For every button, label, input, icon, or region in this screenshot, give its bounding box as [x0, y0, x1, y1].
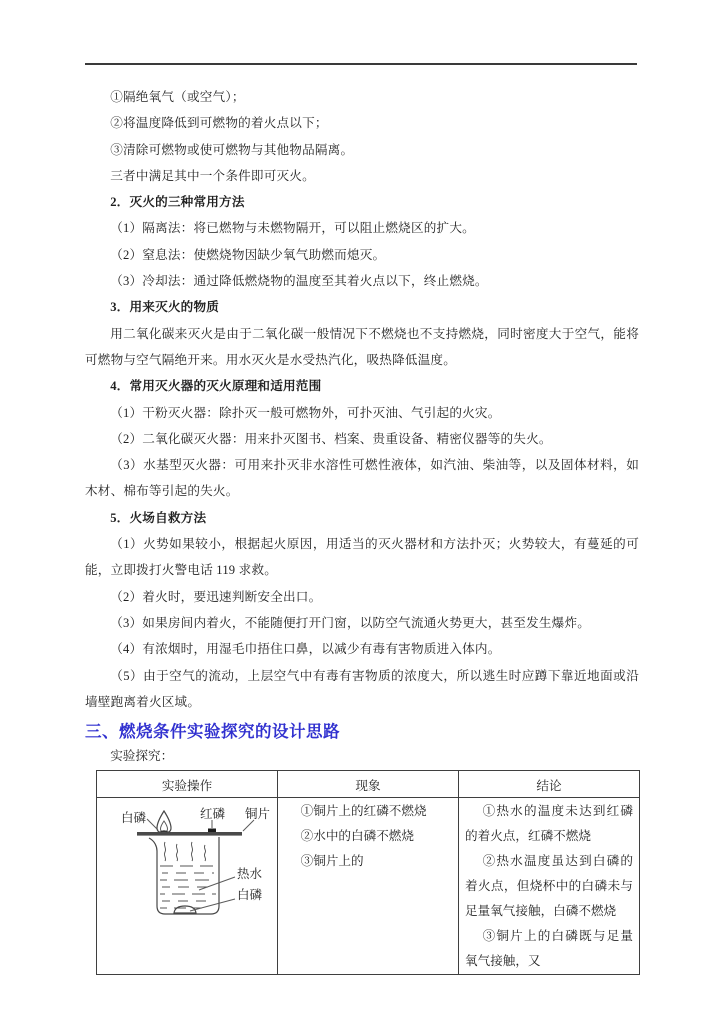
document-content: ①隔绝氧气（或空气）；②将温度降低到可燃物的着火点以下；③清除可燃物或使可燃物与…	[85, 84, 639, 975]
paragraph: ②将温度降低到可燃物的着火点以下；	[85, 110, 639, 136]
leader-hot-water	[199, 877, 235, 890]
paragraph: （2）着火时，要迅速判断安全出口。	[85, 584, 639, 610]
beaker-outline	[149, 837, 219, 914]
paragraph: ①隔绝氧气（或空气）；	[85, 84, 639, 110]
experiment-diagram-cell: 白磷 红磷 铜片	[97, 798, 278, 975]
section-heading: 三、燃烧条件实验探究的设计思路	[85, 719, 639, 744]
table-body-row: 白磷 红磷 铜片	[97, 798, 640, 975]
red-phosphorus-dot	[208, 829, 216, 833]
leader-white-phosphorus-top	[147, 819, 158, 830]
sub-heading: 5．火场自救方法	[85, 505, 639, 531]
header-operation: 实验操作	[97, 771, 278, 798]
sub-heading: 4．常用灭火器的灭火原理和适用范围	[85, 373, 639, 399]
vapor-line	[191, 842, 192, 861]
paragraph: 用二氧化碳来灭火是由于二氧化碳一般情况下不燃烧也不支持燃烧，同时密度大于空气，能…	[85, 321, 639, 374]
sub-heading: 2．灭火的三种常用方法	[85, 189, 639, 215]
vapor-line	[204, 845, 205, 861]
table-cell-item: ①铜片上的红磷不燃烧	[283, 799, 453, 824]
paragraph: （2）窒息法：使燃烧物因缺少氧气助燃而熄灭。	[85, 242, 639, 268]
table-cell-item: ①热水的温度未达到红磷的着火点，红磷不燃烧	[465, 799, 633, 849]
paragraph: （2）二氧化碳灭火器：用来扑灭图书、档案、贵重设备、精密仪器等的失火。	[85, 426, 639, 452]
experiment-apparatus-diagram: 白磷 红磷 铜片	[97, 798, 281, 923]
document-page: { "accent_color": "#3030cf", "document":…	[0, 0, 720, 1019]
paragraph: （3）冷却法：通过降低燃烧物的温度至其着火点以下，终止燃烧。	[85, 268, 639, 294]
header-conclusion: 结论	[459, 771, 640, 798]
paragraph: （1）干粉灭火器：除扑灭一般可燃物外，可扑灭油、气引起的火灾。	[85, 400, 639, 426]
paragraph: （1）隔离法：将已燃物与未燃物隔开，可以阻止燃烧区的扩大。	[85, 215, 639, 241]
table-cell-item: ③铜片上的	[283, 849, 453, 874]
table-cell-item: ③铜片上的白磷既与足量氧气接触，又	[465, 924, 633, 974]
paragraph: ③清除可燃物或使可燃物与其他物品隔离。	[85, 137, 639, 163]
paragraph: 三者中满足其中一个条件即可灭火。	[85, 163, 639, 189]
header-phenomenon: 现象	[278, 771, 459, 798]
label-hot-water: 热水	[237, 866, 263, 881]
sub-heading: 3．用来灭火的物质	[85, 294, 639, 320]
experiment-intro: 实验探究：	[85, 744, 639, 768]
label-copper-plate: 铜片	[245, 806, 270, 821]
paragraph: （4）有浓烟时，用湿毛巾捂住口鼻，以减少有毒有害物质进入体内。	[85, 636, 639, 662]
label-red-phosphorus: 红磷	[200, 806, 226, 821]
table-cell-item: ②热水温度虽达到白磷的着火点，但烧杯中的白磷未与足量氧气接触，白磷不燃烧	[465, 849, 633, 924]
flame-icon	[157, 811, 171, 833]
phenomena-cell: ①铜片上的红磷不燃烧②水中的白磷不燃烧③铜片上的	[278, 798, 459, 975]
conclusions-cell: ①热水的温度未达到红磷的着火点，红磷不燃烧②热水温度虽达到白磷的着火点，但烧杯中…	[459, 798, 640, 975]
leader-copper-plate	[243, 820, 254, 831]
copper-plate	[137, 832, 242, 836]
header-rule	[85, 63, 637, 65]
label-white-phosphorus-top: 白磷	[121, 810, 147, 825]
vapor-line	[164, 842, 165, 861]
experiment-table: 实验操作 现象 结论	[96, 770, 640, 975]
table-header-row: 实验操作 现象 结论	[97, 771, 640, 798]
paragraph: （1）火势如果较小，根据起火原因，用适当的灭火器材和方法扑灭；火势较大，有蔓延的…	[85, 531, 639, 584]
table-cell-item: ②水中的白磷不燃烧	[283, 824, 453, 849]
paragraph: （3）如果房间内着火，不能随便打开门窗，以防空气流通火势更大，甚至发生爆炸。	[85, 610, 639, 636]
paragraph: （5）由于空气的流动，上层空气中有毒有害物质的浓度大，所以逃生时应蹲下靠近地面或…	[85, 663, 639, 716]
label-white-phosphorus-bottom: 白磷	[237, 887, 263, 902]
paragraph: （3）水基型灭火器：可用来扑灭非水溶性可燃性液体，如汽油、柴油等，以及固体材料，…	[85, 452, 639, 505]
white-phosphorus-in-water	[174, 906, 196, 913]
paragraph-list: ①隔绝氧气（或空气）；②将温度降低到可燃物的着火点以下；③清除可燃物或使可燃物与…	[85, 84, 639, 715]
vapor-line	[176, 844, 177, 861]
